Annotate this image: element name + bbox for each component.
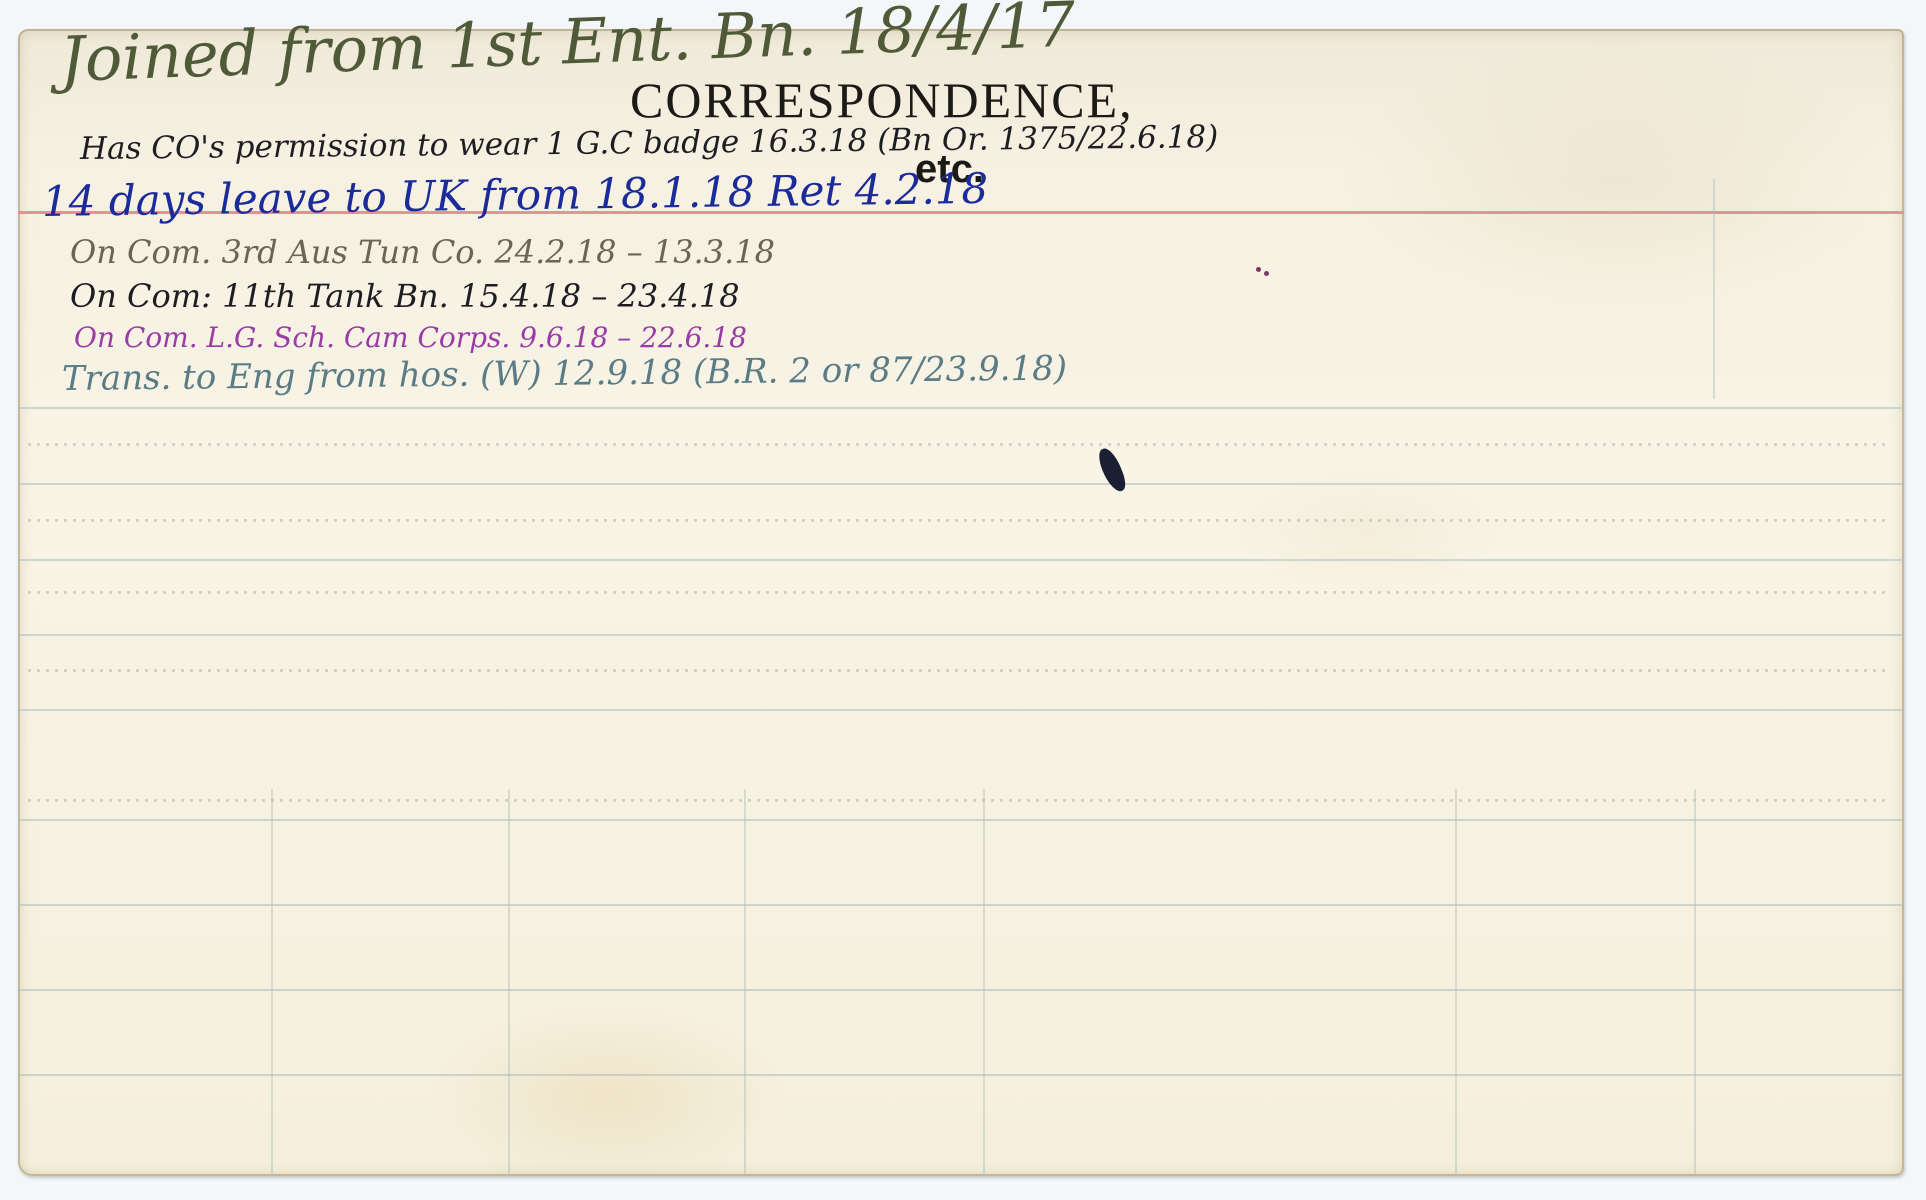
ghost-rule bbox=[18, 709, 1904, 711]
ink-speck bbox=[1264, 271, 1269, 276]
entry-badge-permission: Has CO's permission to wear 1 G.C badge … bbox=[80, 119, 1219, 167]
ghost-dotted-line bbox=[28, 669, 1888, 672]
ink-blot bbox=[1095, 445, 1129, 494]
grid-column-divider bbox=[271, 789, 273, 1176]
ghost-dotted-line bbox=[28, 591, 1888, 594]
grid-rule bbox=[18, 1074, 1904, 1076]
grid-column-divider bbox=[983, 789, 985, 1176]
ink-speck bbox=[1256, 267, 1261, 272]
entry-leave-uk: 14 days leave to UK from 18.1.18 Ret 4.2… bbox=[42, 164, 989, 226]
grid-rule bbox=[18, 904, 1904, 906]
grid-column-divider bbox=[1694, 789, 1696, 1176]
ghost-rule bbox=[18, 559, 1904, 561]
grid-column-divider bbox=[744, 789, 746, 1176]
grid-rule bbox=[18, 819, 1904, 821]
grid-rule bbox=[18, 989, 1904, 991]
grid-column-divider bbox=[1455, 789, 1457, 1176]
ghost-rule bbox=[18, 634, 1904, 636]
grid-column-divider bbox=[508, 789, 510, 1176]
ghost-dotted-line bbox=[28, 519, 1888, 522]
entry-com-lg-school: On Com. L.G. Sch. Cam Corps. 9.6.18 – 22… bbox=[74, 321, 747, 354]
record-card: CORRESPONDENCE, etc. Joined from 1st Ent… bbox=[18, 29, 1904, 1176]
entry-com-tank-bn: On Com: 11th Tank Bn. 15.4.18 – 23.4.18 bbox=[70, 277, 740, 315]
ghost-rule bbox=[18, 483, 1904, 485]
ghost-header-row bbox=[28, 799, 1888, 802]
ghost-rule bbox=[18, 407, 1904, 409]
entry-transfer-england: Trans. to Eng from hos. (W) 12.9.18 (B.R… bbox=[62, 348, 1067, 399]
ghost-box-right-edge bbox=[1713, 179, 1715, 399]
entry-com-aus-tun: On Com. 3rd Aus Tun Co. 24.2.18 – 13.3.1… bbox=[70, 233, 775, 271]
ghost-dotted-line bbox=[28, 443, 1888, 446]
